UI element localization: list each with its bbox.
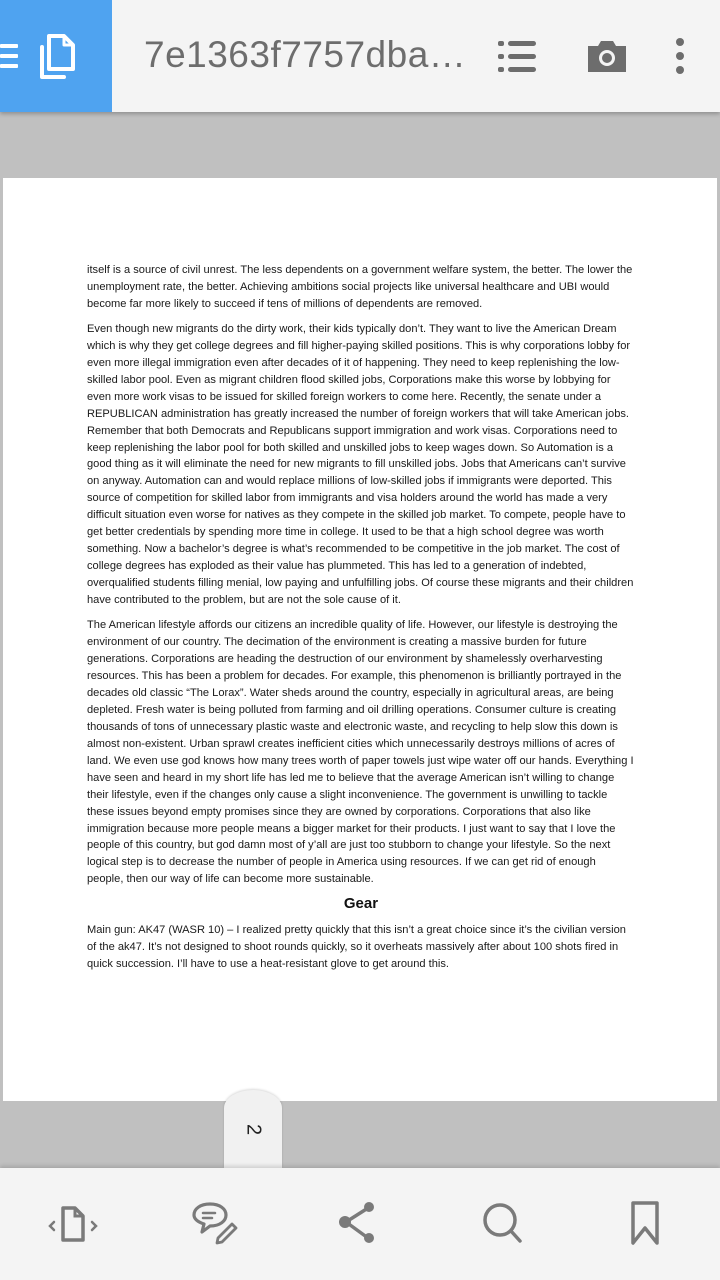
page-indicator-tab[interactable]: 2 <box>224 1090 282 1168</box>
documents-icon <box>36 33 78 81</box>
menu-icon[interactable] <box>0 44 18 68</box>
documents-button[interactable] <box>0 0 112 112</box>
bookmark-icon[interactable] <box>622 1198 672 1248</box>
page-number: 2 <box>242 1101 265 1159</box>
document-page[interactable]: itself is a source of civil unrest. The … <box>3 178 717 1101</box>
paragraph: Even though new migrants do the dirty wo… <box>87 321 635 609</box>
paragraph: itself is a source of civil unrest. The … <box>87 262 635 313</box>
comment-edit-icon[interactable] <box>190 1198 240 1248</box>
share-icon[interactable] <box>334 1198 384 1248</box>
paragraph: The American lifestyle affords our citiz… <box>87 617 635 888</box>
page-navigate-icon[interactable] <box>48 1198 98 1248</box>
app-header: 7e1363f7757dba… <box>0 0 720 112</box>
paragraph: Main gun: AK47 (WASR 10) – I realized pr… <box>87 922 635 973</box>
search-icon[interactable] <box>478 1198 528 1248</box>
section-heading: Gear <box>87 896 635 913</box>
list-icon[interactable] <box>496 36 538 78</box>
page-content: itself is a source of civil unrest. The … <box>87 262 635 981</box>
more-vert-icon[interactable] <box>660 36 702 78</box>
document-title: 7e1363f7757dba… <box>144 34 466 76</box>
camera-icon[interactable] <box>586 36 628 78</box>
bottom-toolbar <box>0 1168 720 1280</box>
